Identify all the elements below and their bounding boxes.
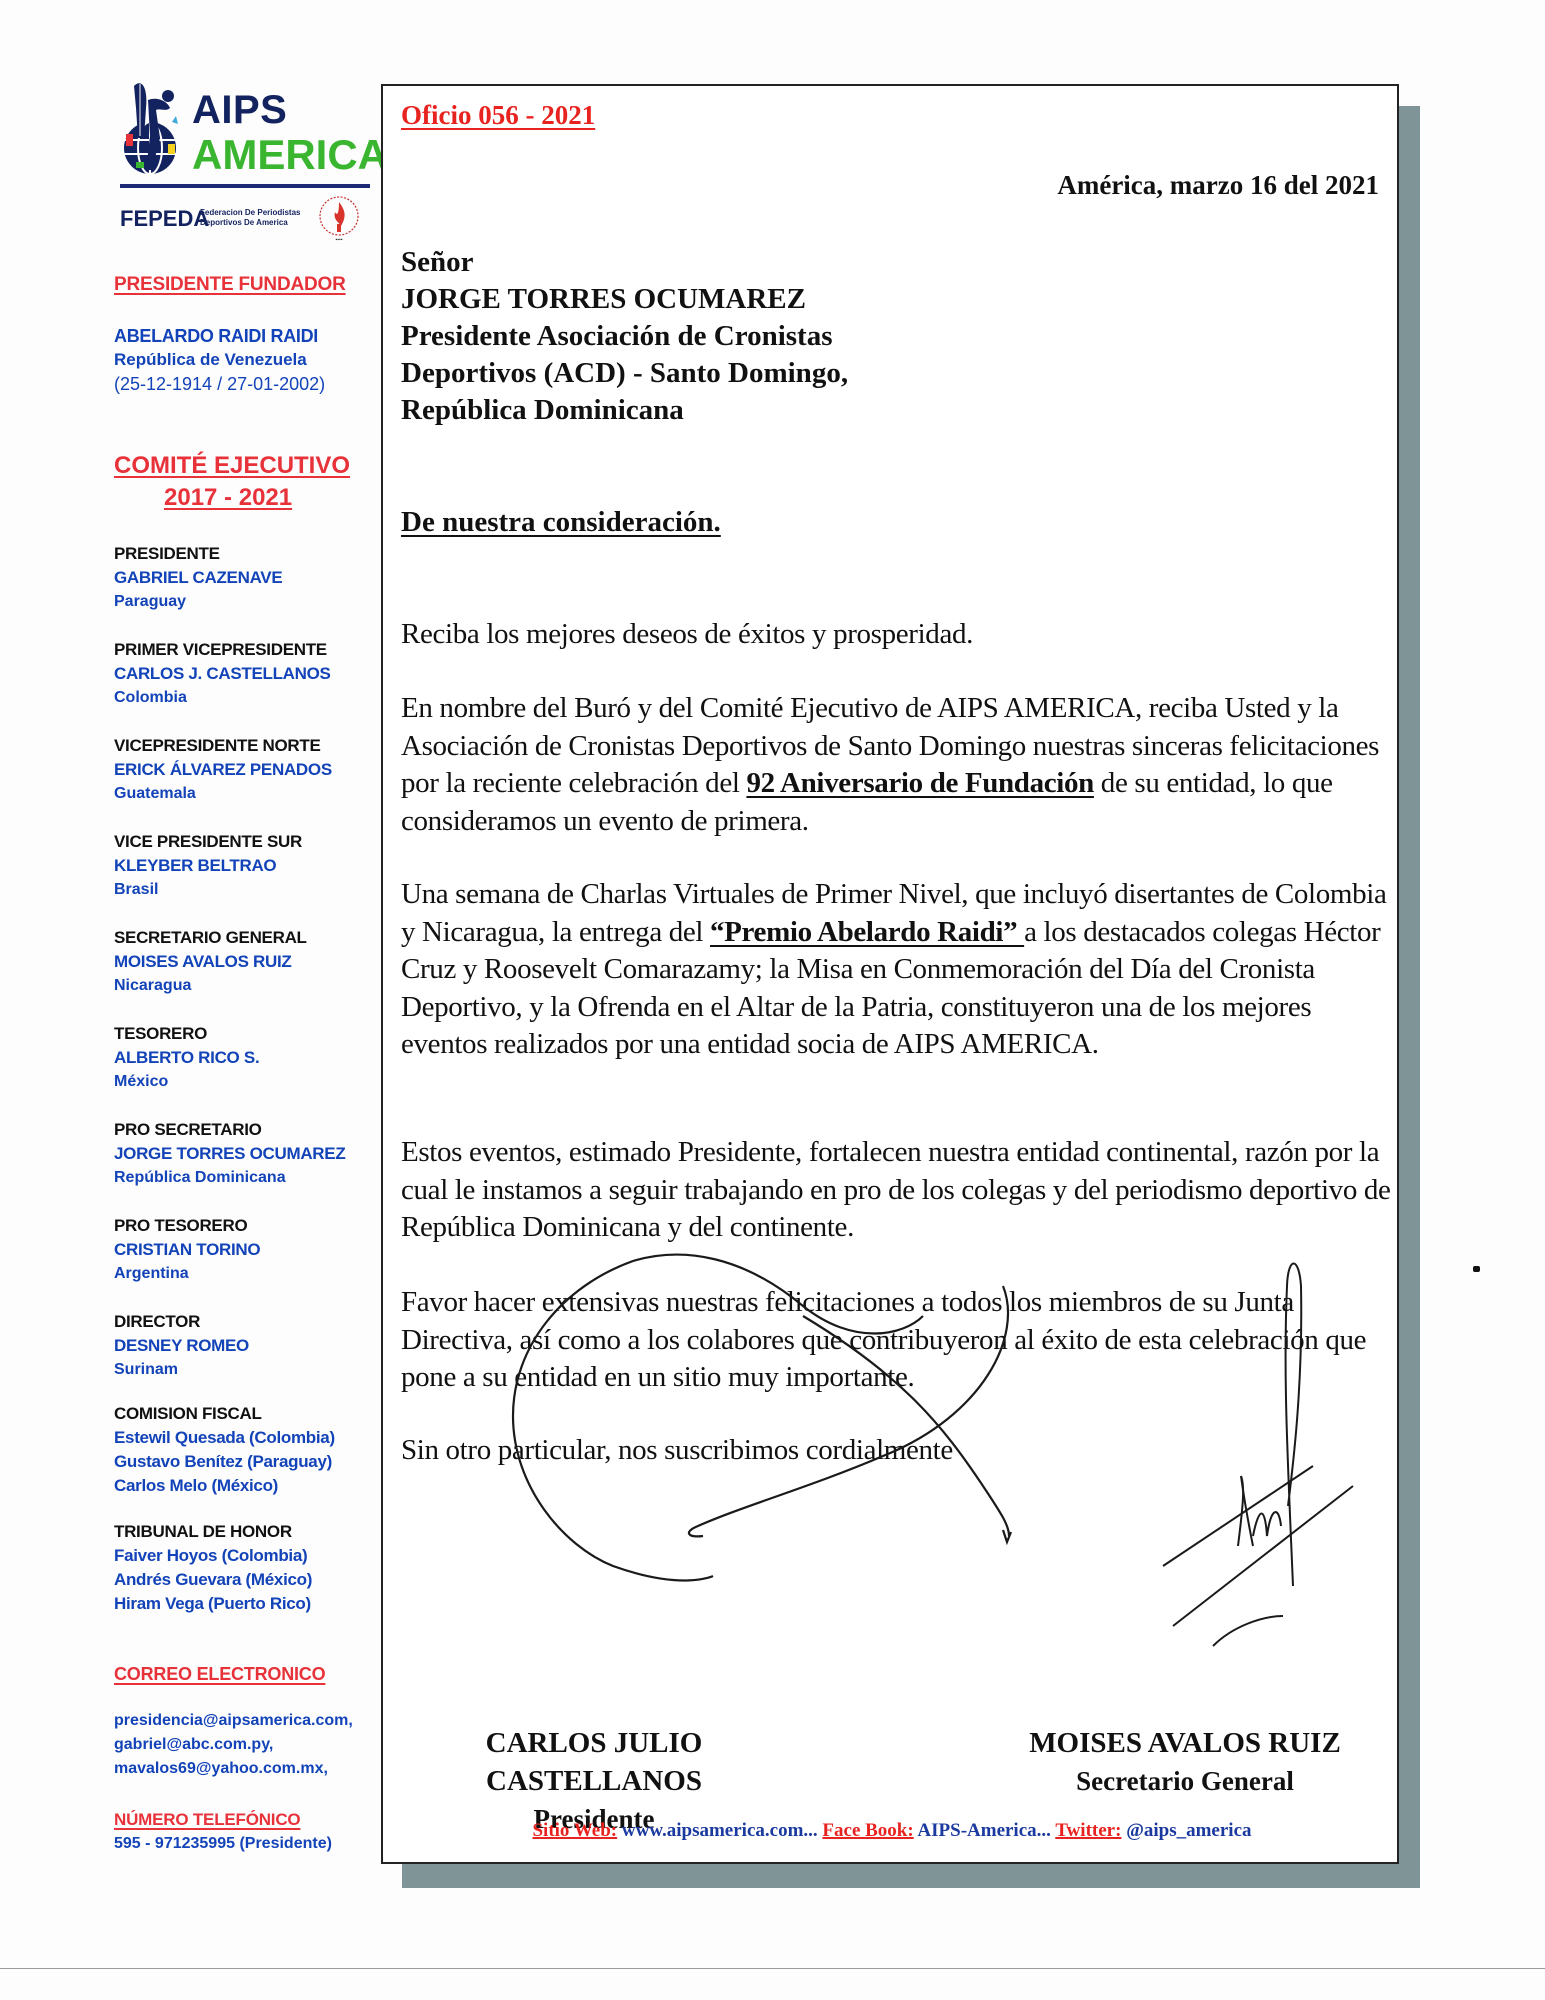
scan-speck — [1473, 1266, 1480, 1272]
honor-heading: TRIBUNAL DE HONOR — [114, 1520, 312, 1544]
paragraph-4: Estos eventos, estimado Presidente, fort… — [401, 1134, 1391, 1247]
officer-country: República Dominicana — [114, 1166, 345, 1190]
phone-section: NÚMERO TELEFÓNICO 595 - 971235995 (Presi… — [114, 1810, 332, 1856]
officer-country: Paraguay — [114, 590, 345, 614]
svg-text:▪▪▪▪: ▪▪▪▪ — [335, 237, 342, 242]
officer-name: CARLOS J. CASTELLANOS — [114, 662, 345, 686]
recipient-block: Señor JORGE TORRES OCUMAREZ Presidente A… — [401, 244, 848, 429]
paragraph-2: En nombre del Buró y del Comité Ejecutiv… — [401, 690, 1391, 840]
phone-number: 595 - 971235995 (Presidente) — [114, 1832, 332, 1856]
officer-name: MOISES AVALOS RUIZ — [114, 950, 345, 974]
closing-line: Sin otro particular, nos suscribimos cor… — [401, 1432, 1391, 1470]
officer-name: CRISTIAN TORINO — [114, 1238, 345, 1262]
founder-country: República de Venezuela — [114, 348, 346, 372]
signer-title: Secretario General — [995, 1762, 1375, 1800]
officer-country: México — [114, 1070, 345, 1094]
officer-country: Guatemala — [114, 782, 345, 806]
officer-entry: PRO TESOREROCRISTIAN TORINOArgentina — [114, 1214, 345, 1286]
email-address[interactable]: mavalos69@yahoo.com.mx, — [114, 1757, 353, 1781]
website-link[interactable]: www.aipsamerica.com... — [617, 1820, 822, 1841]
email-heading: CORREO ELECTRONICO — [114, 1664, 353, 1685]
honor-tribunal: TRIBUNAL DE HONOR Faiver Hoyos (Colombia… — [114, 1520, 312, 1616]
fepeda-text: FEPEDA — [120, 208, 209, 230]
paragraph-3: Una semana de Charlas Virtuales de Prime… — [401, 876, 1391, 1064]
officer-country: Surinam — [114, 1358, 345, 1382]
recipient-position-2: Deportivos (ACD) - Santo Domingo, — [401, 355, 848, 392]
fepeda-subtitle-line1: Federacion De Periodistas — [200, 208, 300, 218]
officer-entry: VICEPRESIDENTE NORTEERICK ÁLVAREZ PENADO… — [114, 734, 345, 806]
letterhead-sidebar: AIPS AMERICA FEPEDA Federacion De Period… — [0, 0, 375, 2000]
letter-date: América, marzo 16 del 2021 — [1057, 170, 1379, 201]
anniversary-highlight: 92 Aniversario de Fundación — [746, 767, 1093, 799]
officer-country: Brasil — [114, 878, 345, 902]
letter-footer: Sitio Web: www.aipsamerica.com... Face B… — [383, 1820, 1401, 1842]
officer-name: ALBERTO RICO S. — [114, 1046, 345, 1070]
officer-entry: PRIMER VICEPRESIDENTECARLOS J. CASTELLAN… — [114, 638, 345, 710]
officer-entry: PRO SECRETARIOJORGE TORRES OCUMAREZRepúb… — [114, 1118, 345, 1190]
founder-name: ABELARDO RAIDI RAIDI — [114, 324, 346, 348]
twitter-link[interactable]: @aips_america — [1121, 1820, 1251, 1841]
logo-aips-text: AIPS — [192, 90, 287, 130]
founder-section: PRESIDENTE FUNDADOR ABELARDO RAIDI RAIDI… — [114, 274, 346, 396]
officer-role: VICE PRESIDENTE SUR — [114, 830, 345, 854]
torch-seal-icon: ▪▪▪▪ — [317, 194, 361, 242]
officer-entry: PRESIDENTEGABRIEL CAZENAVEParaguay — [114, 542, 345, 614]
email-address[interactable]: gabriel@abc.com.py, — [114, 1733, 353, 1757]
email-address[interactable]: presidencia@aipsamerica.com, — [114, 1709, 353, 1733]
committee-heading-block: COMITÉ EJECUTIVO 2017 - 2021 — [114, 452, 350, 512]
fiscal-member: Carlos Melo (México) — [114, 1474, 335, 1498]
officer-role: SECRETARIO GENERAL — [114, 926, 345, 950]
officers-list: PRESIDENTEGABRIEL CAZENAVEParaguayPRIMER… — [114, 542, 345, 1406]
founder-dates: (25-12-1914 / 27-01-2002) — [114, 372, 346, 396]
officer-role: PRO TESORERO — [114, 1214, 345, 1238]
paragraph-1: Reciba los mejores deseos de éxitos y pr… — [401, 616, 1391, 654]
officer-name: JORGE TORRES OCUMAREZ — [114, 1142, 345, 1166]
recipient-position-1: Presidente Asociación de Cronistas — [401, 318, 848, 355]
officer-name: ERICK ÁLVAREZ PENADOS — [114, 758, 345, 782]
officer-entry: DIRECTORDESNEY ROMEOSurinam — [114, 1310, 345, 1382]
reference-number: Oficio 056 - 2021 — [401, 100, 595, 131]
email-section: CORREO ELECTRONICO presidencia@aipsameri… — [114, 1664, 353, 1781]
facebook-label: Face Book: — [822, 1820, 913, 1841]
officer-country: Colombia — [114, 686, 345, 710]
recipient-name: JORGE TORRES OCUMAREZ — [401, 281, 848, 318]
officer-entry: VICE PRESIDENTE SURKLEYBER BELTRAOBrasil — [114, 830, 345, 902]
fiscal-commission: COMISION FISCAL Estewil Quesada (Colombi… — [114, 1402, 335, 1498]
recipient-salutation: Señor — [401, 244, 848, 281]
facebook-link[interactable]: AIPS-America... — [914, 1820, 1056, 1841]
athlete-globe-icon — [112, 78, 192, 178]
twitter-label: Twitter: — [1055, 1820, 1121, 1841]
officer-name: KLEYBER BELTRAO — [114, 854, 345, 878]
signer-secretary: MOISES AVALOS RUIZ Secretario General — [995, 1724, 1375, 1800]
officer-role: PRO SECRETARIO — [114, 1118, 345, 1142]
officer-country: Nicaragua — [114, 974, 345, 998]
officer-role: VICEPRESIDENTE NORTE — [114, 734, 345, 758]
founder-heading: PRESIDENTE FUNDADOR — [114, 274, 346, 296]
committee-years: 2017 - 2021 — [164, 484, 350, 512]
logo-divider — [120, 184, 370, 188]
committee-heading: COMITÉ EJECUTIVO — [114, 452, 350, 480]
recipient-country: República Dominicana — [401, 392, 848, 429]
page-edge-line — [0, 1968, 1545, 1969]
fiscal-heading: COMISION FISCAL — [114, 1402, 335, 1426]
aips-america-logo: AIPS AMERICA FEPEDA Federacion De Period… — [112, 78, 370, 238]
officer-role: PRIMER VICEPRESIDENTE — [114, 638, 345, 662]
officer-name: GABRIEL CAZENAVE — [114, 566, 345, 590]
fepeda-subtitle-line2: Deportivos De America — [200, 218, 300, 228]
logo-america-text: AMERICA — [192, 134, 388, 176]
honor-member: Hiram Vega (Puerto Rico) — [114, 1592, 312, 1616]
signer-name: MOISES AVALOS RUIZ — [995, 1724, 1375, 1762]
website-label: Sitio Web: — [532, 1820, 617, 1841]
letter-body: Oficio 056 - 2021 América, marzo 16 del … — [381, 84, 1399, 1864]
phone-heading: NÚMERO TELEFÓNICO — [114, 1810, 332, 1830]
officer-name: DESNEY ROMEO — [114, 1334, 345, 1358]
award-highlight: “Premio Abelardo Raidi” — [710, 916, 1024, 948]
officer-country: Argentina — [114, 1262, 345, 1286]
greeting: De nuestra consideración. — [401, 506, 721, 539]
fiscal-member: Estewil Quesada (Colombia) — [114, 1426, 335, 1450]
officer-entry: SECRETARIO GENERALMOISES AVALOS RUIZNica… — [114, 926, 345, 998]
officer-role: PRESIDENTE — [114, 542, 345, 566]
officer-entry: TESOREROALBERTO RICO S.México — [114, 1022, 345, 1094]
signer-name: CARLOS JULIO CASTELLANOS — [399, 1724, 789, 1800]
honor-member: Faiver Hoyos (Colombia) — [114, 1544, 312, 1568]
paragraph-5: Favor hacer extensivas nuestras felicita… — [401, 1284, 1391, 1397]
officer-role: TESORERO — [114, 1022, 345, 1046]
fepeda-subtitle: Federacion De Periodistas Deportivos De … — [200, 208, 300, 228]
officer-role: DIRECTOR — [114, 1310, 345, 1334]
fiscal-member: Gustavo Benítez (Paraguay) — [114, 1450, 335, 1474]
honor-member: Andrés Guevara (México) — [114, 1568, 312, 1592]
